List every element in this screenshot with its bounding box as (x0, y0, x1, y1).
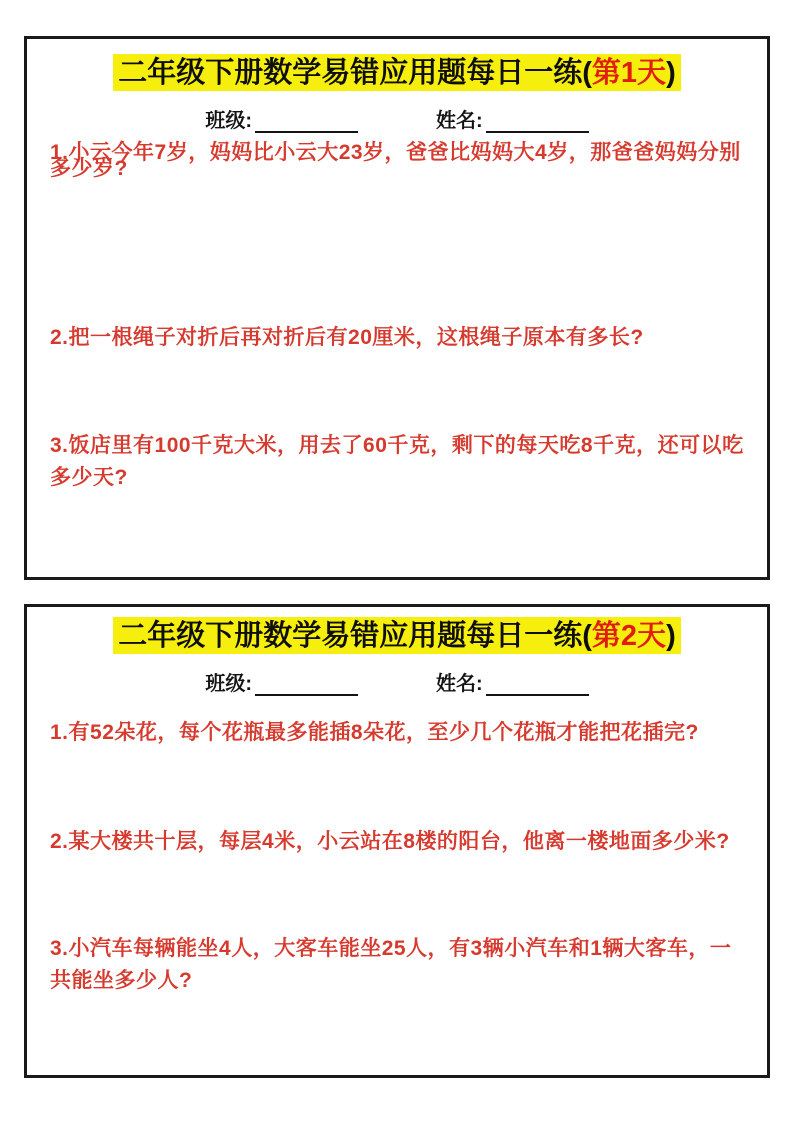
worksheet-day1: 二年级下册数学易错应用题每日一练(第1天) 班级: 姓名: 1.小云今年7岁，妈… (24, 36, 770, 580)
name-blank-line (486, 671, 589, 696)
title-text: 二年级下册数学易错应用题每日一练( (118, 620, 592, 652)
worksheet-title-day1: 二年级下册数学易错应用题每日一练(第1天) (27, 55, 767, 91)
header-fields-day2: 班级: 姓名: (27, 667, 767, 696)
class-field: 班级: (205, 104, 358, 133)
worksheet-title-day2: 二年级下册数学易错应用题每日一练(第2天) (27, 618, 767, 654)
day1-problem-3: 3.饭店里有100千克大米，用去了60千克，剩下的每天吃8千克，还可以吃多少天? (27, 430, 767, 494)
name-label: 姓名: (436, 110, 483, 132)
title-paren-close: ) (666, 57, 676, 89)
day1-problem-2: 2.把一根绳子对折后再对折后有20厘米，这根绳子原本有多长? (27, 322, 767, 354)
name-field: 姓名: (436, 667, 589, 696)
title-day-number: 第1天 (592, 57, 666, 89)
header-fields-day1: 班级: 姓名: (27, 104, 767, 133)
day2-problem-1: 1.有52朵花，每个花瓶最多能插8朵花，至少几个花瓶才能把花插完? (27, 717, 767, 749)
class-blank-line (255, 671, 358, 696)
worksheet-day2: 二年级下册数学易错应用题每日一练(第2天) 班级: 姓名: 1.有52朵花，每个… (24, 604, 770, 1078)
title-paren-close: ) (666, 620, 676, 652)
class-blank-line (255, 108, 358, 133)
title-day-number: 第2天 (592, 620, 666, 652)
name-field: 姓名: (436, 104, 589, 133)
title-highlight: 二年级下册数学易错应用题每日一练(第1天) (113, 54, 680, 91)
day2-problem-2: 2.某大楼共十层，每层4米，小云站在8楼的阳台，他离一楼地面多少米? (27, 826, 767, 858)
name-blank-line (486, 108, 589, 133)
day2-problem-3: 3.小汽车每辆能坐4人，大客车能坐25人，有3辆小汽车和1辆大客车，一共能坐多少… (27, 933, 767, 997)
class-field: 班级: (205, 667, 358, 696)
title-highlight: 二年级下册数学易错应用题每日一练(第2天) (113, 617, 680, 654)
name-label: 姓名: (436, 673, 483, 695)
day1-problem-1: 1.小云今年7岁，妈妈比小云大23岁，爸爸比妈妈大4岁，那爸爸妈妈分别多少岁? (27, 145, 767, 176)
class-label: 班级: (205, 673, 252, 695)
title-text: 二年级下册数学易错应用题每日一练( (118, 57, 592, 89)
worksheet-page: 二年级下册数学易错应用题每日一练(第1天) 班级: 姓名: 1.小云今年7岁，妈… (0, 0, 793, 1122)
class-label: 班级: (205, 110, 252, 132)
